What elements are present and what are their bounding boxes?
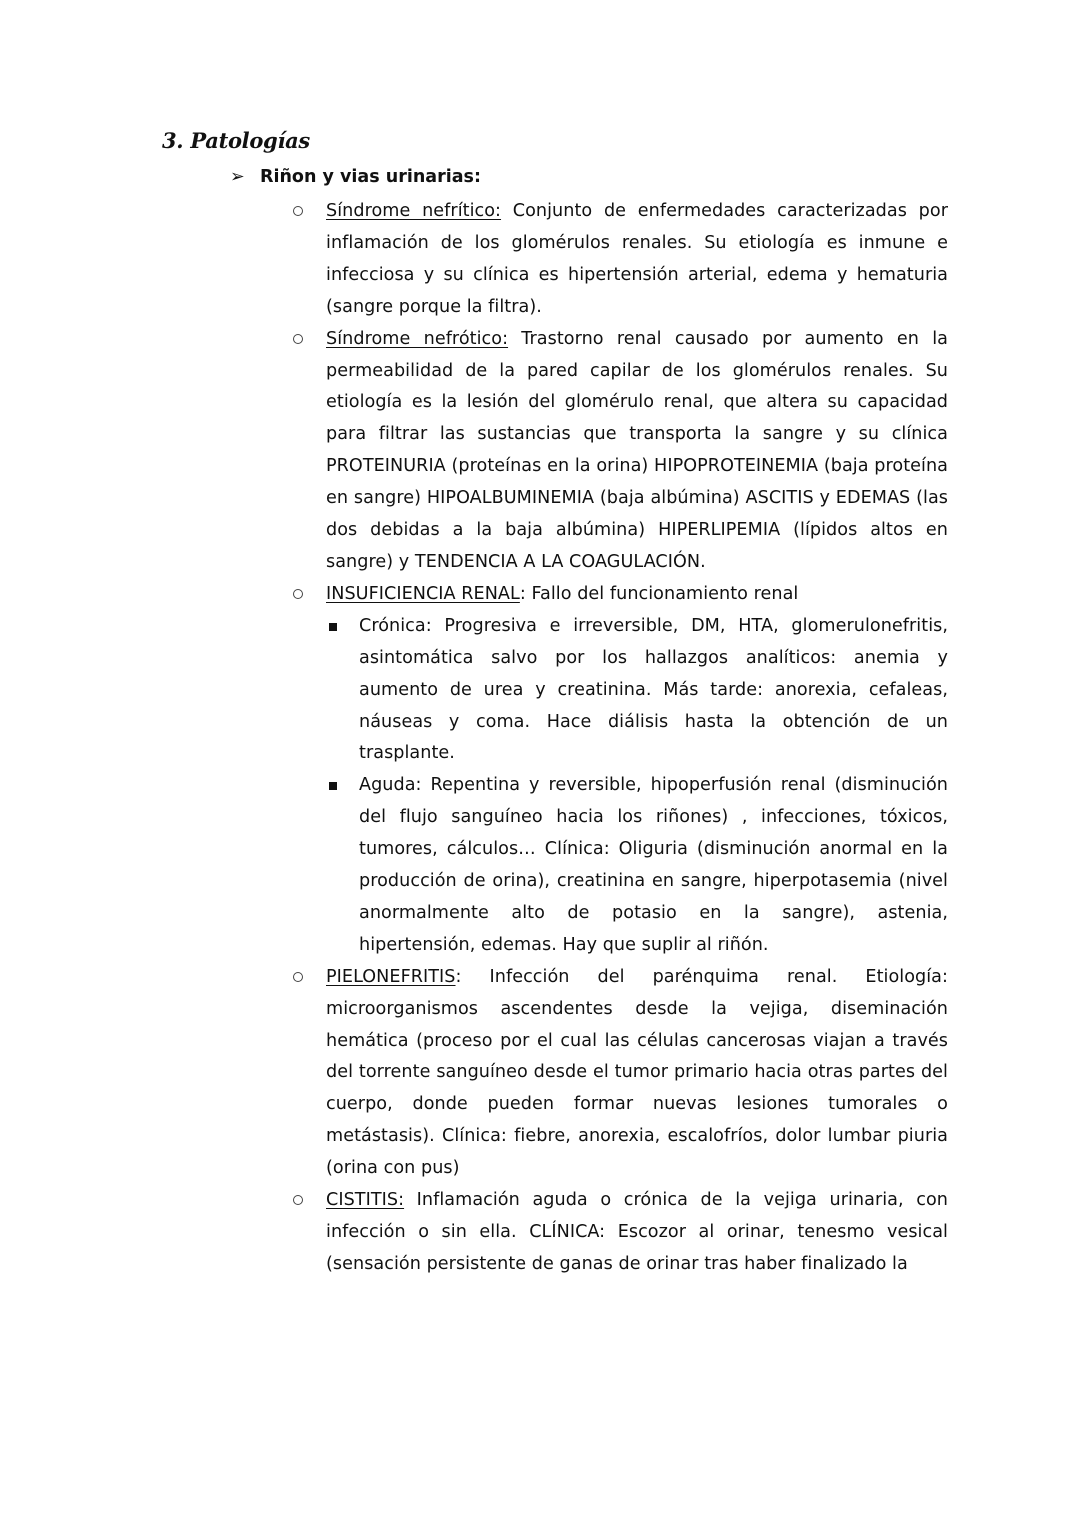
subitem-cronica: Crónica: Progresiva e irreversible, DM, … bbox=[359, 611, 948, 771]
term: PIELONEFRITIS bbox=[326, 967, 456, 987]
circle-bullet-icon bbox=[293, 1195, 303, 1205]
circle-bullet-icon bbox=[293, 334, 303, 344]
term: CISTITIS: bbox=[326, 1190, 404, 1210]
document-page: 3. Patologías ➢Riñon y vias urinarias: S… bbox=[0, 0, 1080, 1525]
list-item-insuficiencia-renal: INSUFICIENCIA RENAL: Fallo del funcionam… bbox=[293, 579, 948, 962]
list-item-cistitis: CISTITIS: Inflamación aguda o crónica de… bbox=[293, 1185, 948, 1281]
circle-bullet-icon bbox=[293, 972, 303, 982]
section-heading: 3. Patologías bbox=[162, 128, 310, 153]
term: Síndrome nefrítico: bbox=[326, 201, 501, 221]
term: INSUFICIENCIA RENAL bbox=[326, 584, 520, 604]
circle-bullet-icon bbox=[293, 589, 303, 599]
definition: Inflamación aguda o crónica de la vejiga… bbox=[326, 1190, 948, 1274]
circle-bullet-icon bbox=[293, 206, 303, 216]
insuficiencia-subtypes: Crónica: Progresiva e irreversible, DM, … bbox=[326, 611, 948, 962]
definition: : Infección del parénquima renal. Etiolo… bbox=[326, 967, 948, 1178]
list-item-sindrome-nefritico: Síndrome nefrítico: Conjunto de enfermed… bbox=[293, 196, 948, 324]
subsection-title: ➢Riñon y vias urinarias: bbox=[230, 167, 481, 187]
square-bullet-icon bbox=[329, 623, 337, 631]
arrow-bullet-icon: ➢ bbox=[230, 167, 260, 187]
list-item-pielonefritis: PIELONEFRITIS: Infección del parénquima … bbox=[293, 962, 948, 1185]
definition: Trastorno renal causado por aumento en l… bbox=[326, 329, 948, 572]
definition: : Fallo del funcionamiento renal bbox=[520, 584, 799, 604]
subitem-text: Aguda: Repentina y reversible, hipoperfu… bbox=[359, 770, 948, 961]
square-bullet-icon bbox=[329, 782, 337, 790]
list-item-sindrome-nefrotico: Síndrome nefrótico: Trastorno renal caus… bbox=[293, 324, 948, 579]
subsection-title-text: Riñon y vias urinarias: bbox=[260, 167, 481, 187]
subitem-text: Crónica: Progresiva e irreversible, DM, … bbox=[359, 611, 948, 771]
term: Síndrome nefrótico: bbox=[326, 329, 508, 349]
subitem-aguda: Aguda: Repentina y reversible, hipoperfu… bbox=[359, 770, 948, 961]
pathology-list: Síndrome nefrítico: Conjunto de enfermed… bbox=[293, 196, 948, 1281]
